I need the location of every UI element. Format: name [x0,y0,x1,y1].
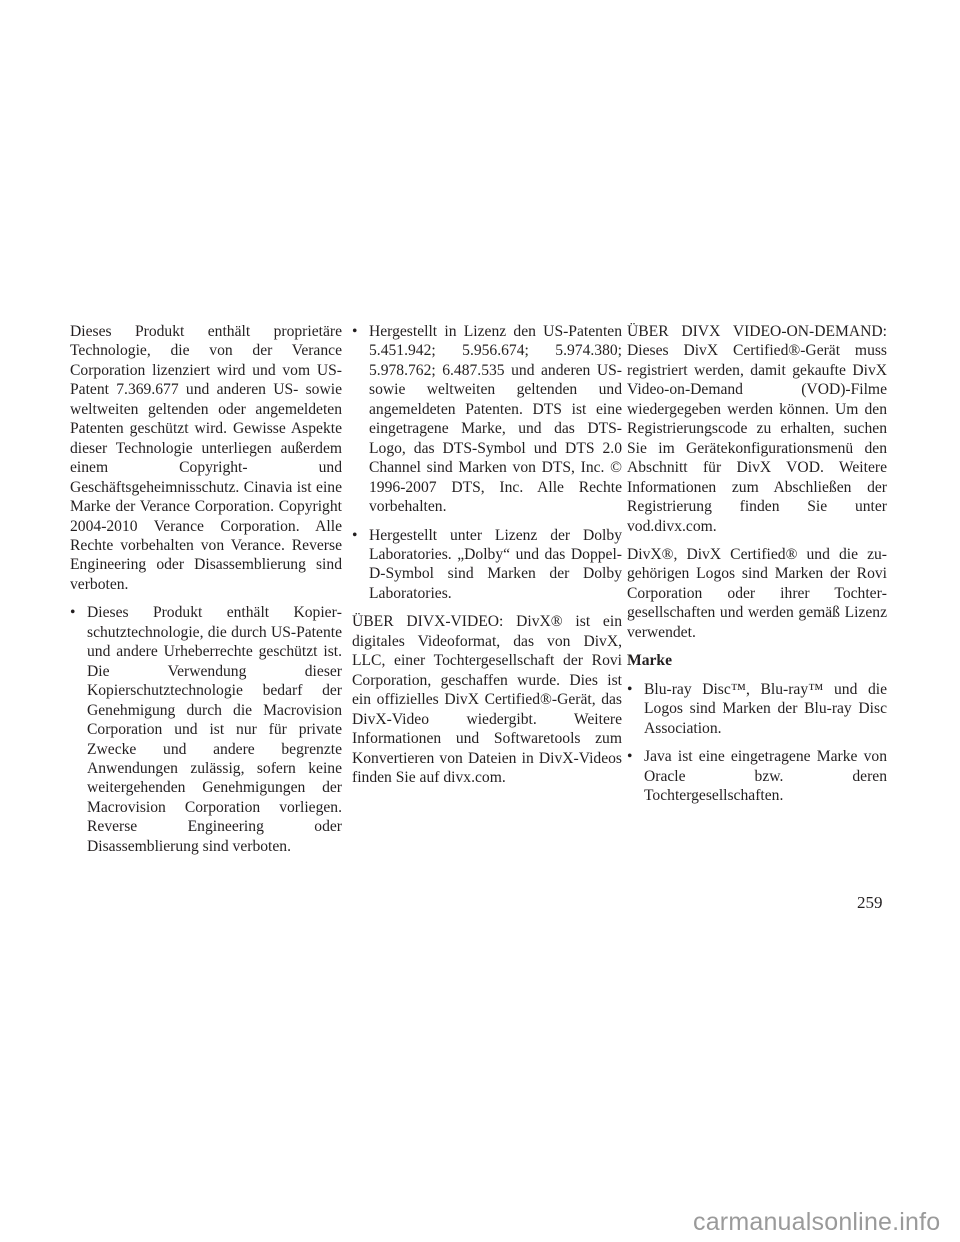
bullet-text: Java ist eine eingetragene Marke von Ora… [644,748,887,804]
bullet-icon: • [352,322,357,341]
column-1: Dieses Produkt enthält proprietäre Techn… [70,322,342,865]
bullet-text: Dieses Produkt enthält Kopier­schutztech… [87,604,342,854]
bullet-item-bluray: • Blu-ray Disc™, Blu-ray™ und die Logos … [627,680,887,738]
bullet-icon: • [352,526,357,545]
bullet-text: Blu-ray Disc™, Blu-ray™ und die Logos si… [644,681,887,737]
divx-vod-paragraph: ÜBER DIVX VIDEO-ON-DEMAND: Dieses DivX C… [627,322,887,536]
bullet-icon: • [70,603,75,622]
divx-video-paragraph: ÜBER DIVX-VIDEO: DivX® ist ein digitales… [352,612,622,787]
divx-trademark-paragraph: DivX®, DivX Certified® und die zu­gehöri… [627,545,887,642]
bullet-item-dts: • Hergestellt in Lizenz den US-Patenten … [352,322,622,517]
column-2: • Hergestellt in Lizenz den US-Patenten … [352,322,622,796]
bullet-text: Hergestellt in Lizenz den US-Patenten 5.… [369,323,622,515]
bullet-icon: • [627,680,632,699]
bullet-icon: • [627,747,632,766]
column-3: ÜBER DIVX VIDEO-ON-DEMAND: Dieses DivX C… [627,322,887,814]
bullet-item-java: • Java ist eine eingetragene Marke von O… [627,747,887,805]
verance-paragraph: Dieses Produkt enthält proprietäre Techn… [70,322,342,594]
bullet-item-dolby: • Hergestellt unter Lizenz der Dolby Lab… [352,526,622,604]
bullet-text: Hergestellt unter Lizenz der Dolby Labor… [369,527,622,602]
section-heading-marke: Marke [627,651,887,670]
bullet-item-macrovision: • Dieses Produkt enthält Kopier­schutzte… [70,603,342,856]
page-number: 259 [857,893,883,913]
watermark: carmanualsonline.info [693,1208,940,1237]
